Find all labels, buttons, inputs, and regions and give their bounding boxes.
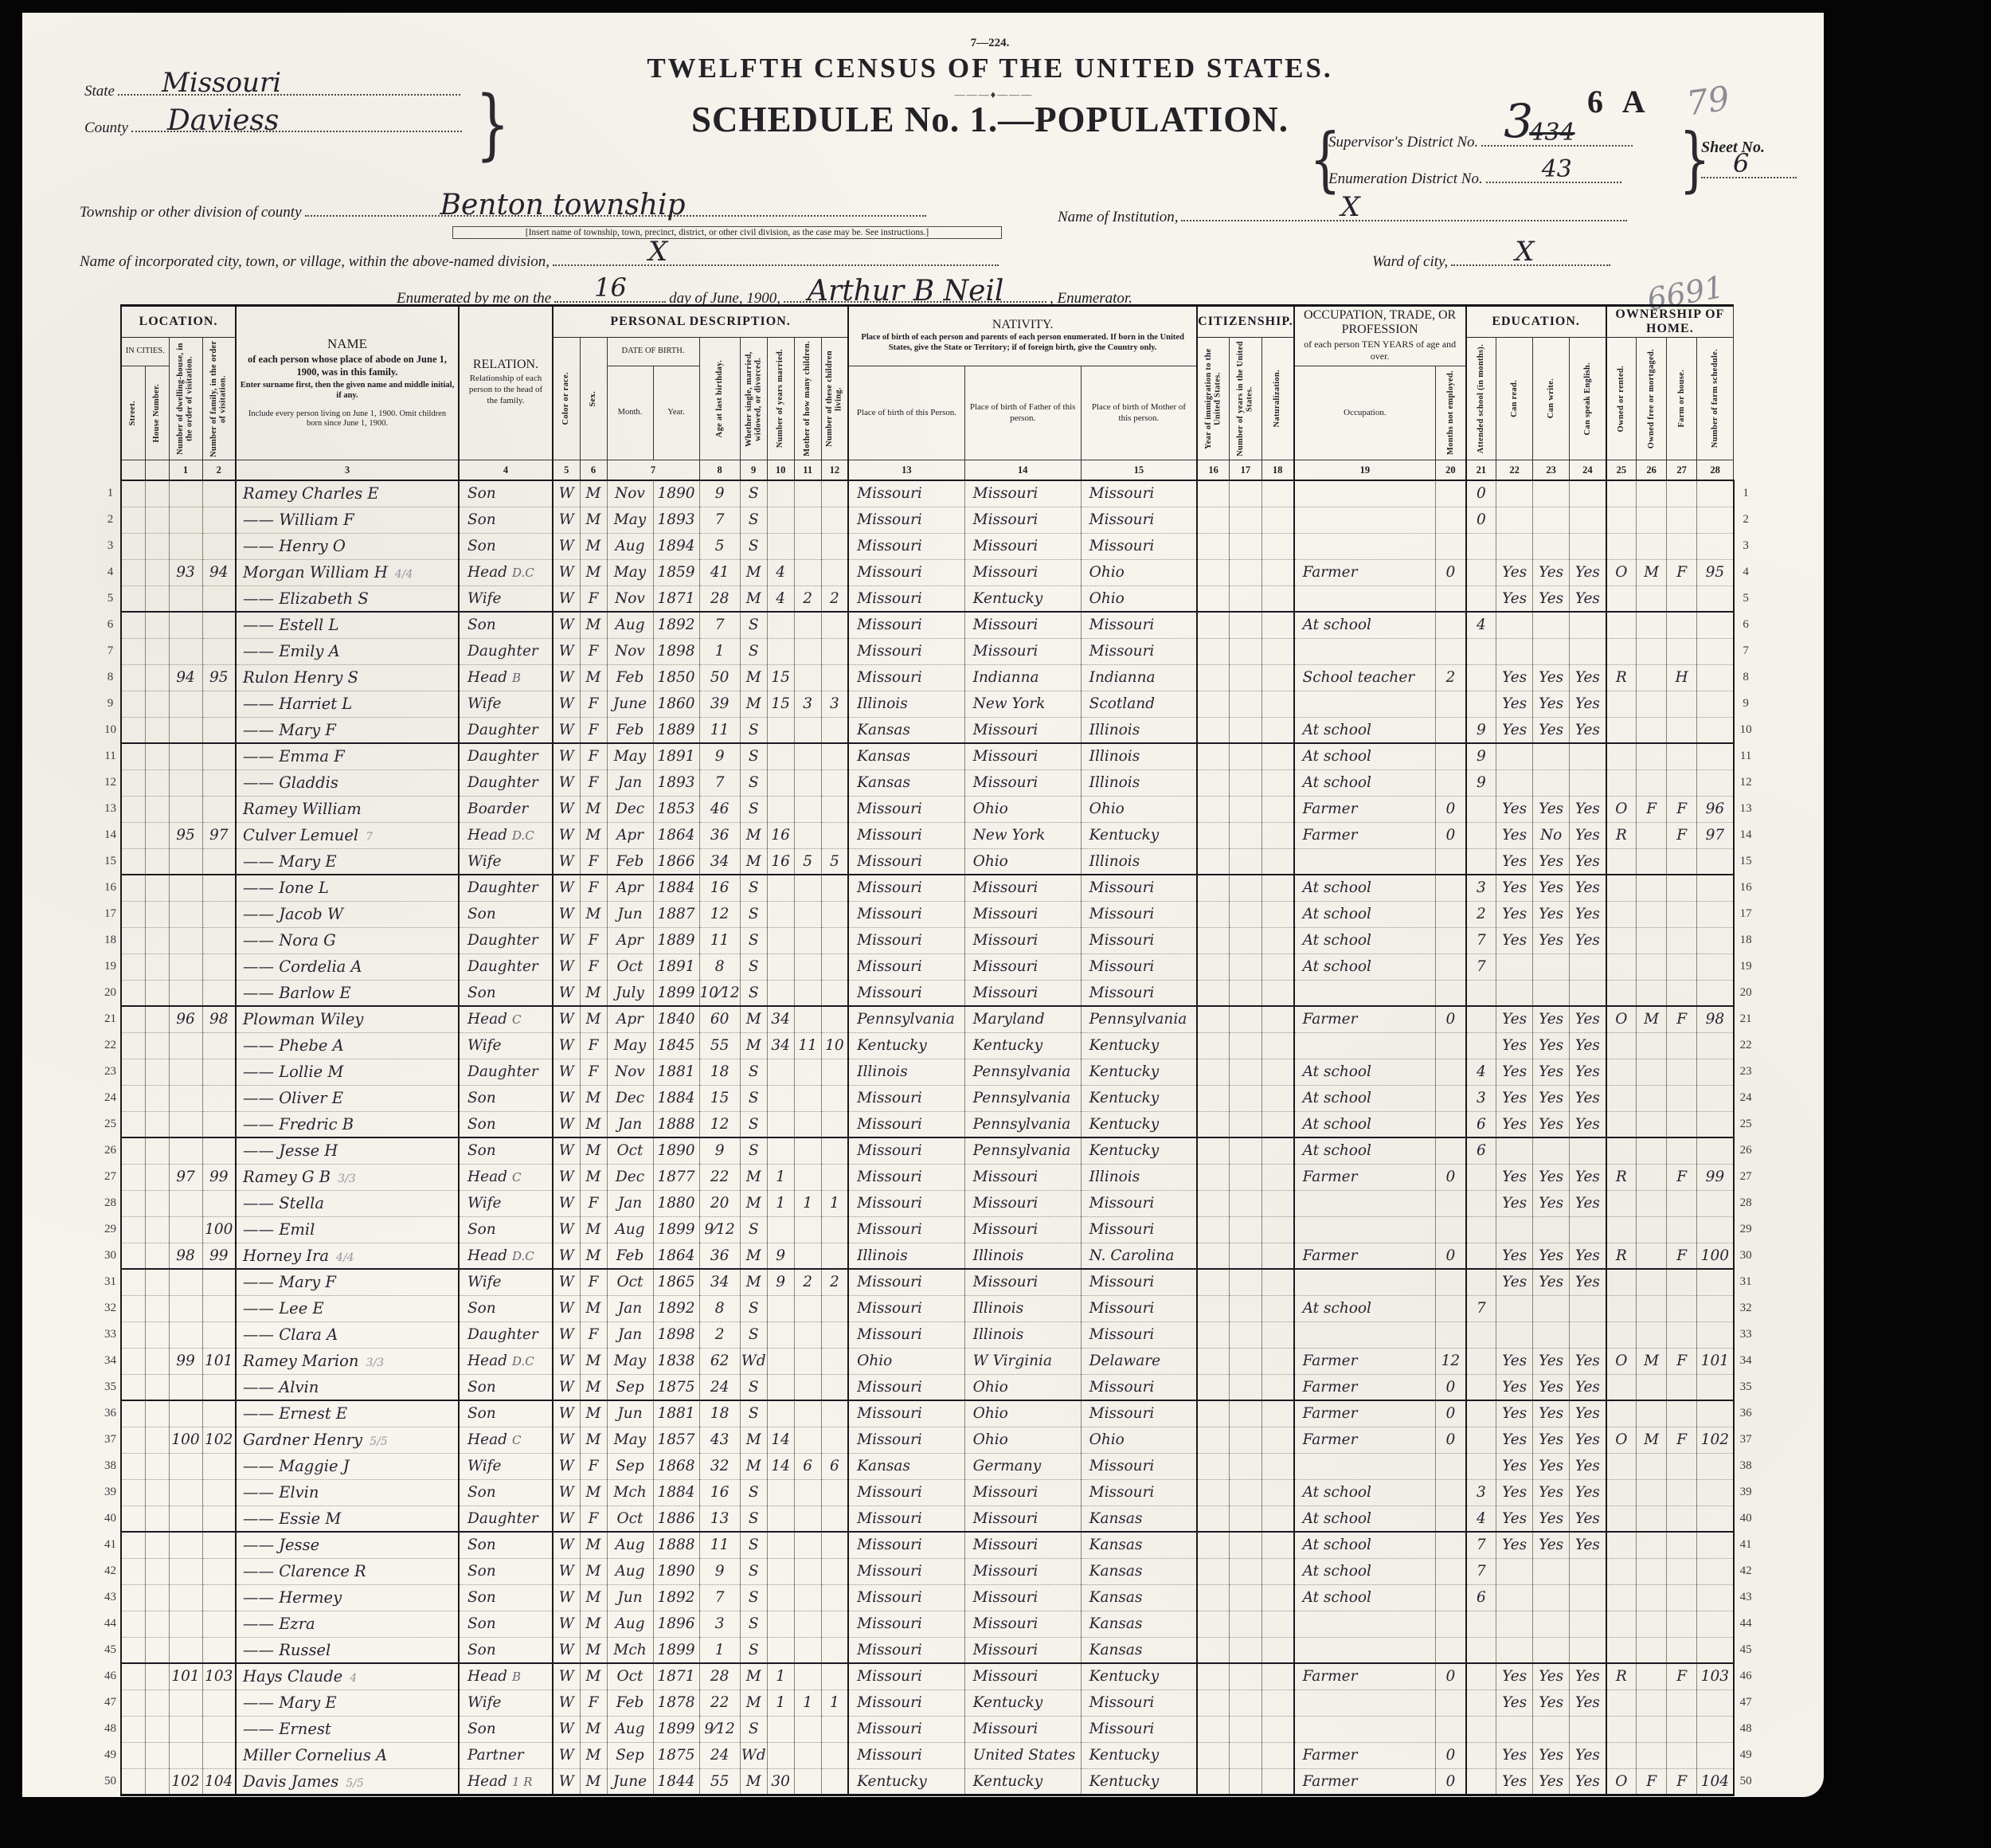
cell-family bbox=[202, 1505, 236, 1532]
cell-name: —— Lee E bbox=[236, 1295, 459, 1321]
head-marital: Whether single, married, widowed, or div… bbox=[740, 338, 767, 460]
cell-name: —— Clara A bbox=[236, 1321, 459, 1348]
cell-occupation: At school bbox=[1294, 1111, 1436, 1137]
cell-age: 12 bbox=[699, 1111, 740, 1137]
cell-marital: M bbox=[740, 1663, 767, 1689]
line-number-left: 7 bbox=[100, 638, 121, 664]
cell-house bbox=[145, 980, 169, 1006]
cell-owned-rented bbox=[1606, 743, 1637, 769]
cell-years-us bbox=[1230, 1584, 1261, 1611]
cell-family bbox=[202, 533, 236, 559]
cell-can-read: Yes bbox=[1496, 1400, 1533, 1427]
line-number-left: 48 bbox=[100, 1716, 121, 1742]
cell-farm-schedule bbox=[1697, 1637, 1734, 1663]
cell-farm-house bbox=[1667, 691, 1697, 717]
cell-marital: S bbox=[740, 1637, 767, 1663]
cell-children-living bbox=[821, 822, 848, 848]
cell-years-married bbox=[767, 1321, 794, 1348]
cell-can-write: Yes bbox=[1533, 927, 1570, 953]
cell-attended: 4 bbox=[1466, 612, 1496, 638]
enumeration-value: 43 bbox=[1542, 155, 1572, 183]
cell-birth-year: 1857 bbox=[653, 1427, 699, 1453]
cell-can-read bbox=[1496, 1584, 1533, 1611]
cell-marital: M bbox=[740, 559, 767, 585]
cell-color: W bbox=[553, 927, 580, 953]
cell-sex: M bbox=[580, 1611, 607, 1637]
cell-can-read: Yes bbox=[1496, 796, 1533, 822]
cell-house bbox=[145, 875, 169, 901]
cell-attended bbox=[1466, 1689, 1496, 1716]
cell-farm-house bbox=[1667, 927, 1697, 953]
cell-naturalization bbox=[1261, 927, 1293, 953]
cell-name: —— Jacob W bbox=[236, 901, 459, 927]
cell-months-unemployed: 0 bbox=[1436, 1663, 1466, 1689]
cell-can-speak: Yes bbox=[1570, 822, 1606, 848]
cell-marital: M bbox=[740, 664, 767, 691]
supervisor-line: Supervisor's District No. 434 3 bbox=[1328, 132, 1633, 151]
cell-mother-children bbox=[794, 1243, 821, 1269]
cell-pob-person: Kansas bbox=[848, 769, 964, 796]
cell-owned-rented bbox=[1606, 691, 1637, 717]
cell-relation: Son bbox=[459, 980, 553, 1006]
cell-naturalization bbox=[1261, 1085, 1293, 1111]
cell-farm-house bbox=[1667, 1321, 1697, 1348]
cell-street bbox=[121, 507, 145, 533]
cell-can-read bbox=[1496, 638, 1533, 664]
cell-house bbox=[145, 533, 169, 559]
cell-years-married: 1 bbox=[767, 1689, 794, 1716]
cell-farm-schedule: 96 bbox=[1697, 796, 1734, 822]
cell-naturalization bbox=[1261, 769, 1293, 796]
cell-mother-children bbox=[794, 1216, 821, 1243]
cell-years-us bbox=[1230, 1453, 1261, 1479]
cell-birth-year: 1892 bbox=[653, 612, 699, 638]
cell-immigration bbox=[1197, 1085, 1229, 1111]
census-row-25: 25—— Fredric BSonWMJan188812SMissouriPen… bbox=[100, 1111, 1758, 1137]
cell-age: 16 bbox=[699, 875, 740, 901]
cell-can-write bbox=[1533, 743, 1570, 769]
cell-pob-person: Missouri bbox=[848, 1505, 964, 1532]
cell-farm-house: F bbox=[1667, 1768, 1697, 1795]
cell-years-married: 4 bbox=[767, 585, 794, 612]
cell-can-read: Yes bbox=[1496, 875, 1533, 901]
cell-can-write bbox=[1533, 1295, 1570, 1321]
cell-house bbox=[145, 717, 169, 743]
cell-immigration bbox=[1197, 1295, 1229, 1321]
cell-house bbox=[145, 1400, 169, 1427]
cell-pob-father: Ohio bbox=[964, 848, 1081, 875]
cell-pob-person: Missouri bbox=[848, 1611, 964, 1637]
cell-name: —— Nora G bbox=[236, 927, 459, 953]
cell-dwelling bbox=[169, 1216, 202, 1243]
cell-occupation bbox=[1294, 480, 1436, 507]
cell-can-read bbox=[1496, 533, 1533, 559]
cell-can-read bbox=[1496, 480, 1533, 507]
line-number-right: 41 bbox=[1734, 1532, 1758, 1558]
line-number-left: 24 bbox=[100, 1085, 121, 1111]
cell-can-speak bbox=[1570, 1216, 1606, 1243]
cell-mother-children bbox=[794, 1059, 821, 1085]
cell-farm-schedule: 103 bbox=[1697, 1663, 1734, 1689]
cell-pob-mother: Kentucky bbox=[1081, 1768, 1197, 1795]
cell-age: 36 bbox=[699, 1243, 740, 1269]
cell-name: —— Jesse H bbox=[236, 1137, 459, 1164]
cell-naturalization bbox=[1261, 480, 1293, 507]
cell-farm-house bbox=[1667, 1032, 1697, 1059]
cell-can-write bbox=[1533, 480, 1570, 507]
cell-color: W bbox=[553, 1032, 580, 1059]
cell-mother-children: 3 bbox=[794, 691, 821, 717]
cell-occupation bbox=[1294, 1637, 1436, 1663]
cell-owned-rented bbox=[1606, 927, 1637, 953]
cell-birth-month: June bbox=[607, 691, 653, 717]
cell-years-married: 14 bbox=[767, 1453, 794, 1479]
cell-months-unemployed bbox=[1436, 1558, 1466, 1584]
line-number-right: 34 bbox=[1734, 1348, 1758, 1374]
cell-free-mortgaged bbox=[1637, 1716, 1667, 1742]
cell-months-unemployed bbox=[1436, 953, 1466, 980]
township-value: Benton township bbox=[440, 189, 686, 221]
line-number-right: 16 bbox=[1734, 875, 1758, 901]
cell-pob-father: Kentucky bbox=[964, 1032, 1081, 1059]
cell-birth-year: 1881 bbox=[653, 1059, 699, 1085]
cell-dwelling bbox=[169, 927, 202, 953]
cell-can-write: Yes bbox=[1533, 1059, 1570, 1085]
cell-pob-person: Missouri bbox=[848, 980, 964, 1006]
cell-mother-children bbox=[794, 1374, 821, 1400]
cell-immigration bbox=[1197, 612, 1229, 638]
head-age: Age at last birthday. bbox=[699, 338, 740, 460]
col-number-8: 8 bbox=[699, 460, 740, 481]
cell-sex: F bbox=[580, 769, 607, 796]
cell-farm-schedule bbox=[1697, 1216, 1734, 1243]
cell-sex: M bbox=[580, 1663, 607, 1689]
cell-mother-children bbox=[794, 507, 821, 533]
cell-marital: S bbox=[740, 1085, 767, 1111]
cell-immigration bbox=[1197, 1479, 1229, 1505]
head-house-number: House Number. bbox=[145, 366, 169, 460]
cell-can-write: Yes bbox=[1533, 1689, 1570, 1716]
col-number-17: 17 bbox=[1230, 460, 1261, 481]
cell-occupation: Farmer bbox=[1294, 1164, 1436, 1190]
cell-can-write: Yes bbox=[1533, 1479, 1570, 1505]
census-row-17: 17—— Jacob WSonWMJun188712SMissouriMisso… bbox=[100, 901, 1758, 927]
cell-pob-mother: Missouri bbox=[1081, 612, 1197, 638]
cell-naturalization bbox=[1261, 1032, 1293, 1059]
line-number-left: 34 bbox=[100, 1348, 121, 1374]
census-row-7: 7—— Emily ADaughterWFNov18981SMissouriMi… bbox=[100, 638, 1758, 664]
cell-color: W bbox=[553, 507, 580, 533]
cell-sex: M bbox=[580, 1243, 607, 1269]
cell-name: —— Jesse bbox=[236, 1532, 459, 1558]
line-number-right: 25 bbox=[1734, 1111, 1758, 1137]
cell-free-mortgaged bbox=[1637, 638, 1667, 664]
cell-farm-schedule bbox=[1697, 927, 1734, 953]
cell-family: 103 bbox=[202, 1663, 236, 1689]
enumerated-day: 16 bbox=[594, 272, 627, 303]
cell-can-write: Yes bbox=[1533, 1374, 1570, 1400]
cell-pob-mother: Scotland bbox=[1081, 691, 1197, 717]
cell-pob-father: Missouri bbox=[964, 1190, 1081, 1216]
cell-farm-house bbox=[1667, 1374, 1697, 1400]
cell-months-unemployed bbox=[1436, 612, 1466, 638]
cell-attended bbox=[1466, 1637, 1496, 1663]
cell-free-mortgaged bbox=[1637, 901, 1667, 927]
cell-years-us bbox=[1230, 559, 1261, 585]
cell-pob-person: Missouri bbox=[848, 1637, 964, 1663]
cell-pob-mother: Missouri bbox=[1081, 1479, 1197, 1505]
cell-free-mortgaged bbox=[1637, 875, 1667, 901]
census-row-36: 36—— Ernest ESonWMJun188118SMissouriOhio… bbox=[100, 1400, 1758, 1427]
cell-relation: Wife bbox=[459, 1269, 553, 1295]
cell-can-speak: Yes bbox=[1570, 1427, 1606, 1453]
cell-marital: M bbox=[740, 1190, 767, 1216]
cell-years-married bbox=[767, 796, 794, 822]
cell-occupation bbox=[1294, 507, 1436, 533]
cell-birth-year: 1890 bbox=[653, 480, 699, 507]
line-number-right: 23 bbox=[1734, 1059, 1758, 1085]
band-ownership: OWNERSHIP OF HOME. bbox=[1606, 306, 1734, 338]
line-number-right: 46 bbox=[1734, 1663, 1758, 1689]
cell-can-speak: Yes bbox=[1570, 1190, 1606, 1216]
cell-name: —— Alvin bbox=[236, 1374, 459, 1400]
cell-years-married bbox=[767, 1374, 794, 1400]
cell-can-read bbox=[1496, 1558, 1533, 1584]
band-name: NAMEof each person whose place of abode … bbox=[236, 306, 459, 460]
cell-relation: Daughter bbox=[459, 875, 553, 901]
cell-years-married bbox=[767, 1611, 794, 1637]
cell-pob-father: Maryland bbox=[964, 1006, 1081, 1032]
cell-immigration bbox=[1197, 691, 1229, 717]
col-number-12: 12 bbox=[821, 460, 848, 481]
col-number-11: 11 bbox=[794, 460, 821, 481]
census-row-9: 9—— Harriet LWifeWFJune186039M1533Illino… bbox=[100, 691, 1758, 717]
line-number-left: 44 bbox=[100, 1611, 121, 1637]
cell-pob-person: Missouri bbox=[848, 875, 964, 901]
head-children-living: Number of these children living. bbox=[821, 338, 848, 460]
line-number-left: 9 bbox=[100, 691, 121, 717]
cell-years-married: 15 bbox=[767, 691, 794, 717]
cell-pob-person: Missouri bbox=[848, 1190, 964, 1216]
cell-owned-rented bbox=[1606, 717, 1637, 743]
cell-birth-year: 1892 bbox=[653, 1295, 699, 1321]
cell-name: —— Henry O bbox=[236, 533, 459, 559]
state-line: State Missouri bbox=[84, 81, 460, 100]
cell-birth-year: 1875 bbox=[653, 1374, 699, 1400]
cell-attended: 6 bbox=[1466, 1111, 1496, 1137]
cell-farm-house bbox=[1667, 1742, 1697, 1768]
cell-color: W bbox=[553, 480, 580, 507]
line-number-left: 13 bbox=[100, 796, 121, 822]
cell-color: W bbox=[553, 1348, 580, 1374]
cell-birth-month: May bbox=[607, 1348, 653, 1374]
line-number-right: 47 bbox=[1734, 1689, 1758, 1716]
cell-immigration bbox=[1197, 1111, 1229, 1137]
cell-birth-year: 1899 bbox=[653, 1637, 699, 1663]
line-number-left: 36 bbox=[100, 1400, 121, 1427]
cell-house bbox=[145, 1190, 169, 1216]
cell-months-unemployed: 12 bbox=[1436, 1348, 1466, 1374]
cell-street bbox=[121, 1716, 145, 1742]
cell-farm-house bbox=[1667, 1611, 1697, 1637]
cell-occupation: Farmer bbox=[1294, 822, 1436, 848]
cell-months-unemployed: 2 bbox=[1436, 664, 1466, 691]
cell-naturalization bbox=[1261, 1453, 1293, 1479]
cell-farm-schedule bbox=[1697, 585, 1734, 612]
cell-can-read: Yes bbox=[1496, 822, 1533, 848]
cell-birth-year: 1868 bbox=[653, 1453, 699, 1479]
cell-occupation bbox=[1294, 1611, 1436, 1637]
cell-sex: F bbox=[580, 848, 607, 875]
cell-can-speak: Yes bbox=[1570, 1453, 1606, 1479]
cell-relation: Son bbox=[459, 1637, 553, 1663]
cell-naturalization bbox=[1261, 664, 1293, 691]
cell-farm-house bbox=[1667, 480, 1697, 507]
line-number-left: 14 bbox=[100, 822, 121, 848]
cell-age: 1 bbox=[699, 638, 740, 664]
cell-family bbox=[202, 1111, 236, 1137]
cell-street bbox=[121, 822, 145, 848]
cell-dwelling bbox=[169, 1374, 202, 1400]
cell-marital: S bbox=[740, 796, 767, 822]
cell-pob-mother: Kansas bbox=[1081, 1637, 1197, 1663]
cell-dwelling: 99 bbox=[169, 1348, 202, 1374]
cell-mother-children bbox=[794, 875, 821, 901]
cell-relation: Son bbox=[459, 507, 553, 533]
cell-owned-rented bbox=[1606, 507, 1637, 533]
cell-sex: M bbox=[580, 1216, 607, 1243]
line-number-left: 23 bbox=[100, 1059, 121, 1085]
census-row-32: 32—— Lee ESonWMJan18928SMissouriIllinois… bbox=[100, 1295, 1758, 1321]
cell-can-write: Yes bbox=[1533, 796, 1570, 822]
cell-marital: S bbox=[740, 612, 767, 638]
cell-name: —— Gladdis bbox=[236, 769, 459, 796]
cell-can-speak: Yes bbox=[1570, 691, 1606, 717]
cell-house bbox=[145, 953, 169, 980]
cell-mother-children bbox=[794, 1716, 821, 1742]
cell-birth-month: Aug bbox=[607, 612, 653, 638]
cell-birth-year: 1891 bbox=[653, 743, 699, 769]
cell-years-us bbox=[1230, 1295, 1261, 1321]
cell-farm-schedule: 98 bbox=[1697, 1006, 1734, 1032]
cell-immigration bbox=[1197, 480, 1229, 507]
cell-naturalization bbox=[1261, 1689, 1293, 1716]
cell-months-unemployed: 0 bbox=[1436, 822, 1466, 848]
cell-children-living bbox=[821, 875, 848, 901]
cell-birth-month: Feb bbox=[607, 717, 653, 743]
cell-name: —— Cordelia A bbox=[236, 953, 459, 980]
state-brace: } bbox=[475, 80, 510, 169]
cell-can-write: Yes bbox=[1533, 559, 1570, 585]
line-number-right: 12 bbox=[1734, 769, 1758, 796]
cell-pob-father: Missouri bbox=[964, 875, 1081, 901]
band-personal: PERSONAL DESCRIPTION. bbox=[553, 306, 848, 338]
cell-farm-house: F bbox=[1667, 559, 1697, 585]
cell-farm-house bbox=[1667, 1059, 1697, 1085]
cell-color: W bbox=[553, 1768, 580, 1795]
cell-street bbox=[121, 1689, 145, 1716]
cell-years-us bbox=[1230, 1269, 1261, 1295]
cell-farm-house bbox=[1667, 1111, 1697, 1137]
cell-street bbox=[121, 1059, 145, 1085]
cell-can-read: Yes bbox=[1496, 1427, 1533, 1453]
cell-owned-rented bbox=[1606, 638, 1637, 664]
cell-attended bbox=[1466, 1032, 1496, 1059]
cell-birth-year: 1878 bbox=[653, 1689, 699, 1716]
cell-marital: S bbox=[740, 901, 767, 927]
cell-house bbox=[145, 664, 169, 691]
cell-house bbox=[145, 559, 169, 585]
cell-family bbox=[202, 612, 236, 638]
cell-color: W bbox=[553, 1321, 580, 1348]
cell-pob-person: Missouri bbox=[848, 1216, 964, 1243]
cell-can-write: Yes bbox=[1533, 1111, 1570, 1137]
cell-birth-month: July bbox=[607, 980, 653, 1006]
cell-birth-month: Feb bbox=[607, 1243, 653, 1269]
cell-years-us bbox=[1230, 1059, 1261, 1085]
cell-children-living bbox=[821, 1479, 848, 1505]
cell-occupation: Farmer bbox=[1294, 1348, 1436, 1374]
cell-pob-father: Pennsylvania bbox=[964, 1111, 1081, 1137]
cell-color: W bbox=[553, 901, 580, 927]
cell-naturalization bbox=[1261, 1111, 1293, 1137]
cell-pob-mother: Kentucky bbox=[1081, 822, 1197, 848]
line-number-right: 24 bbox=[1734, 1085, 1758, 1111]
census-row-13: 13Ramey WilliamBoarderWMDec185346SMissou… bbox=[100, 796, 1758, 822]
cell-pob-father: Missouri bbox=[964, 1269, 1081, 1295]
cell-birth-year: 1899 bbox=[653, 1716, 699, 1742]
cell-can-speak: Yes bbox=[1570, 1059, 1606, 1085]
cell-attended bbox=[1466, 1768, 1496, 1795]
cell-pob-mother: Illinois bbox=[1081, 848, 1197, 875]
cell-months-unemployed bbox=[1436, 1716, 1466, 1742]
cell-street bbox=[121, 1558, 145, 1584]
cell-can-speak: Yes bbox=[1570, 1479, 1606, 1505]
head-family: Number of family, in the order of visita… bbox=[202, 338, 236, 460]
cell-marital: S bbox=[740, 533, 767, 559]
cell-family bbox=[202, 1085, 236, 1111]
cell-birth-month: Sep bbox=[607, 1374, 653, 1400]
cell-occupation: Farmer bbox=[1294, 1427, 1436, 1453]
cell-birth-month: Jan bbox=[607, 1321, 653, 1348]
cell-years-us bbox=[1230, 1243, 1261, 1269]
cell-can-read: Yes bbox=[1496, 585, 1533, 612]
cell-marital: S bbox=[740, 717, 767, 743]
cell-relation: Wife bbox=[459, 1453, 553, 1479]
cell-years-us bbox=[1230, 691, 1261, 717]
cell-can-read: Yes bbox=[1496, 1479, 1533, 1505]
cell-pob-person: Missouri bbox=[848, 822, 964, 848]
line-number-right: 37 bbox=[1734, 1427, 1758, 1453]
cell-years-married: 1 bbox=[767, 1663, 794, 1689]
cell-farm-house bbox=[1667, 743, 1697, 769]
cell-pob-father: Missouri bbox=[964, 1611, 1081, 1637]
cell-birth-year: 1890 bbox=[653, 1137, 699, 1164]
line-number-left: 28 bbox=[100, 1190, 121, 1216]
cell-attended bbox=[1466, 1190, 1496, 1216]
cell-birth-year: 1859 bbox=[653, 559, 699, 585]
cell-attended bbox=[1466, 533, 1496, 559]
cell-mother-children bbox=[794, 1768, 821, 1795]
cell-farm-schedule bbox=[1697, 1532, 1734, 1558]
cell-months-unemployed: 0 bbox=[1436, 1374, 1466, 1400]
cell-years-us bbox=[1230, 1111, 1261, 1137]
cell-color: W bbox=[553, 1006, 580, 1032]
cell-children-living bbox=[821, 1059, 848, 1085]
line-number-left: 49 bbox=[100, 1742, 121, 1768]
cell-relation: Wife bbox=[459, 1689, 553, 1716]
cell-farm-house bbox=[1667, 717, 1697, 743]
